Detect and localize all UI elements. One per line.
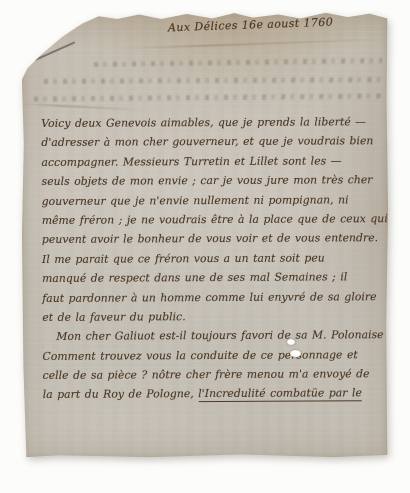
pencil-stroke (31, 41, 76, 62)
letter-line: gouverneur que je n'envie nullement ni p… (42, 190, 386, 211)
ink-bleedthrough-line (94, 58, 382, 67)
letter-line: accompagner. Messieurs Turretin et Lille… (41, 151, 385, 172)
letter-photograph: 13e Aux Délices 16e aoust 1760 Voicy deu… (0, 0, 410, 493)
underlined-book-title: l'Incredulité combatüe par le (198, 387, 362, 403)
letter-line: Voicy deux Genevois aimables, que je pre… (41, 112, 385, 133)
letter-line: manqué de respect dans une de ses mal Se… (42, 267, 386, 288)
ink-bleedthrough-line (34, 93, 382, 101)
paper-hole (290, 350, 301, 357)
letter-line: d'adresser à mon cher gouverneur, et que… (41, 131, 385, 152)
ink-bleedthrough-line (44, 77, 382, 84)
collector-number-mark: 13e (50, 4, 85, 37)
letter-line: celle de sa pièce ? nôtre cher frère men… (43, 364, 387, 385)
letter-dateline: Aux Délices 16e aoust 1760 (168, 15, 358, 35)
letter-line: faut pardonner à un homme comme lui enyv… (42, 287, 386, 308)
letter-line-segment: la part du Roy de Pologne, (43, 388, 199, 402)
letter-line: Mon cher Galiuot est-il toujours favori … (42, 325, 386, 346)
manuscript-paper: 13e Aux Délices 16e aoust 1760 Voicy deu… (22, 10, 388, 458)
letter-body: Voicy deux Genevois aimables, que je pre… (41, 112, 387, 405)
letter-line: la part du Roy de Pologne, l'Incredulité… (43, 384, 387, 405)
letter-line: et de la faveur du public. (42, 306, 386, 327)
letter-line: Il me parait que ce fréron vous a un tan… (42, 248, 386, 269)
letter-line: peuvent avoir le bonheur de vous voir et… (42, 228, 386, 249)
paper-shadow-wrap: 13e Aux Délices 16e aoust 1760 Voicy deu… (22, 10, 388, 458)
paper-crease (18, 103, 148, 112)
letter-line: même fréron ; je ne voudrais être à la p… (42, 209, 386, 230)
letter-line: seuls objets de mon envie ; car je vous … (42, 170, 386, 191)
paper-crease (122, 38, 384, 49)
letter-line: Comment trouvez vous la conduite de ce p… (42, 345, 386, 366)
paper-hole (287, 339, 295, 345)
